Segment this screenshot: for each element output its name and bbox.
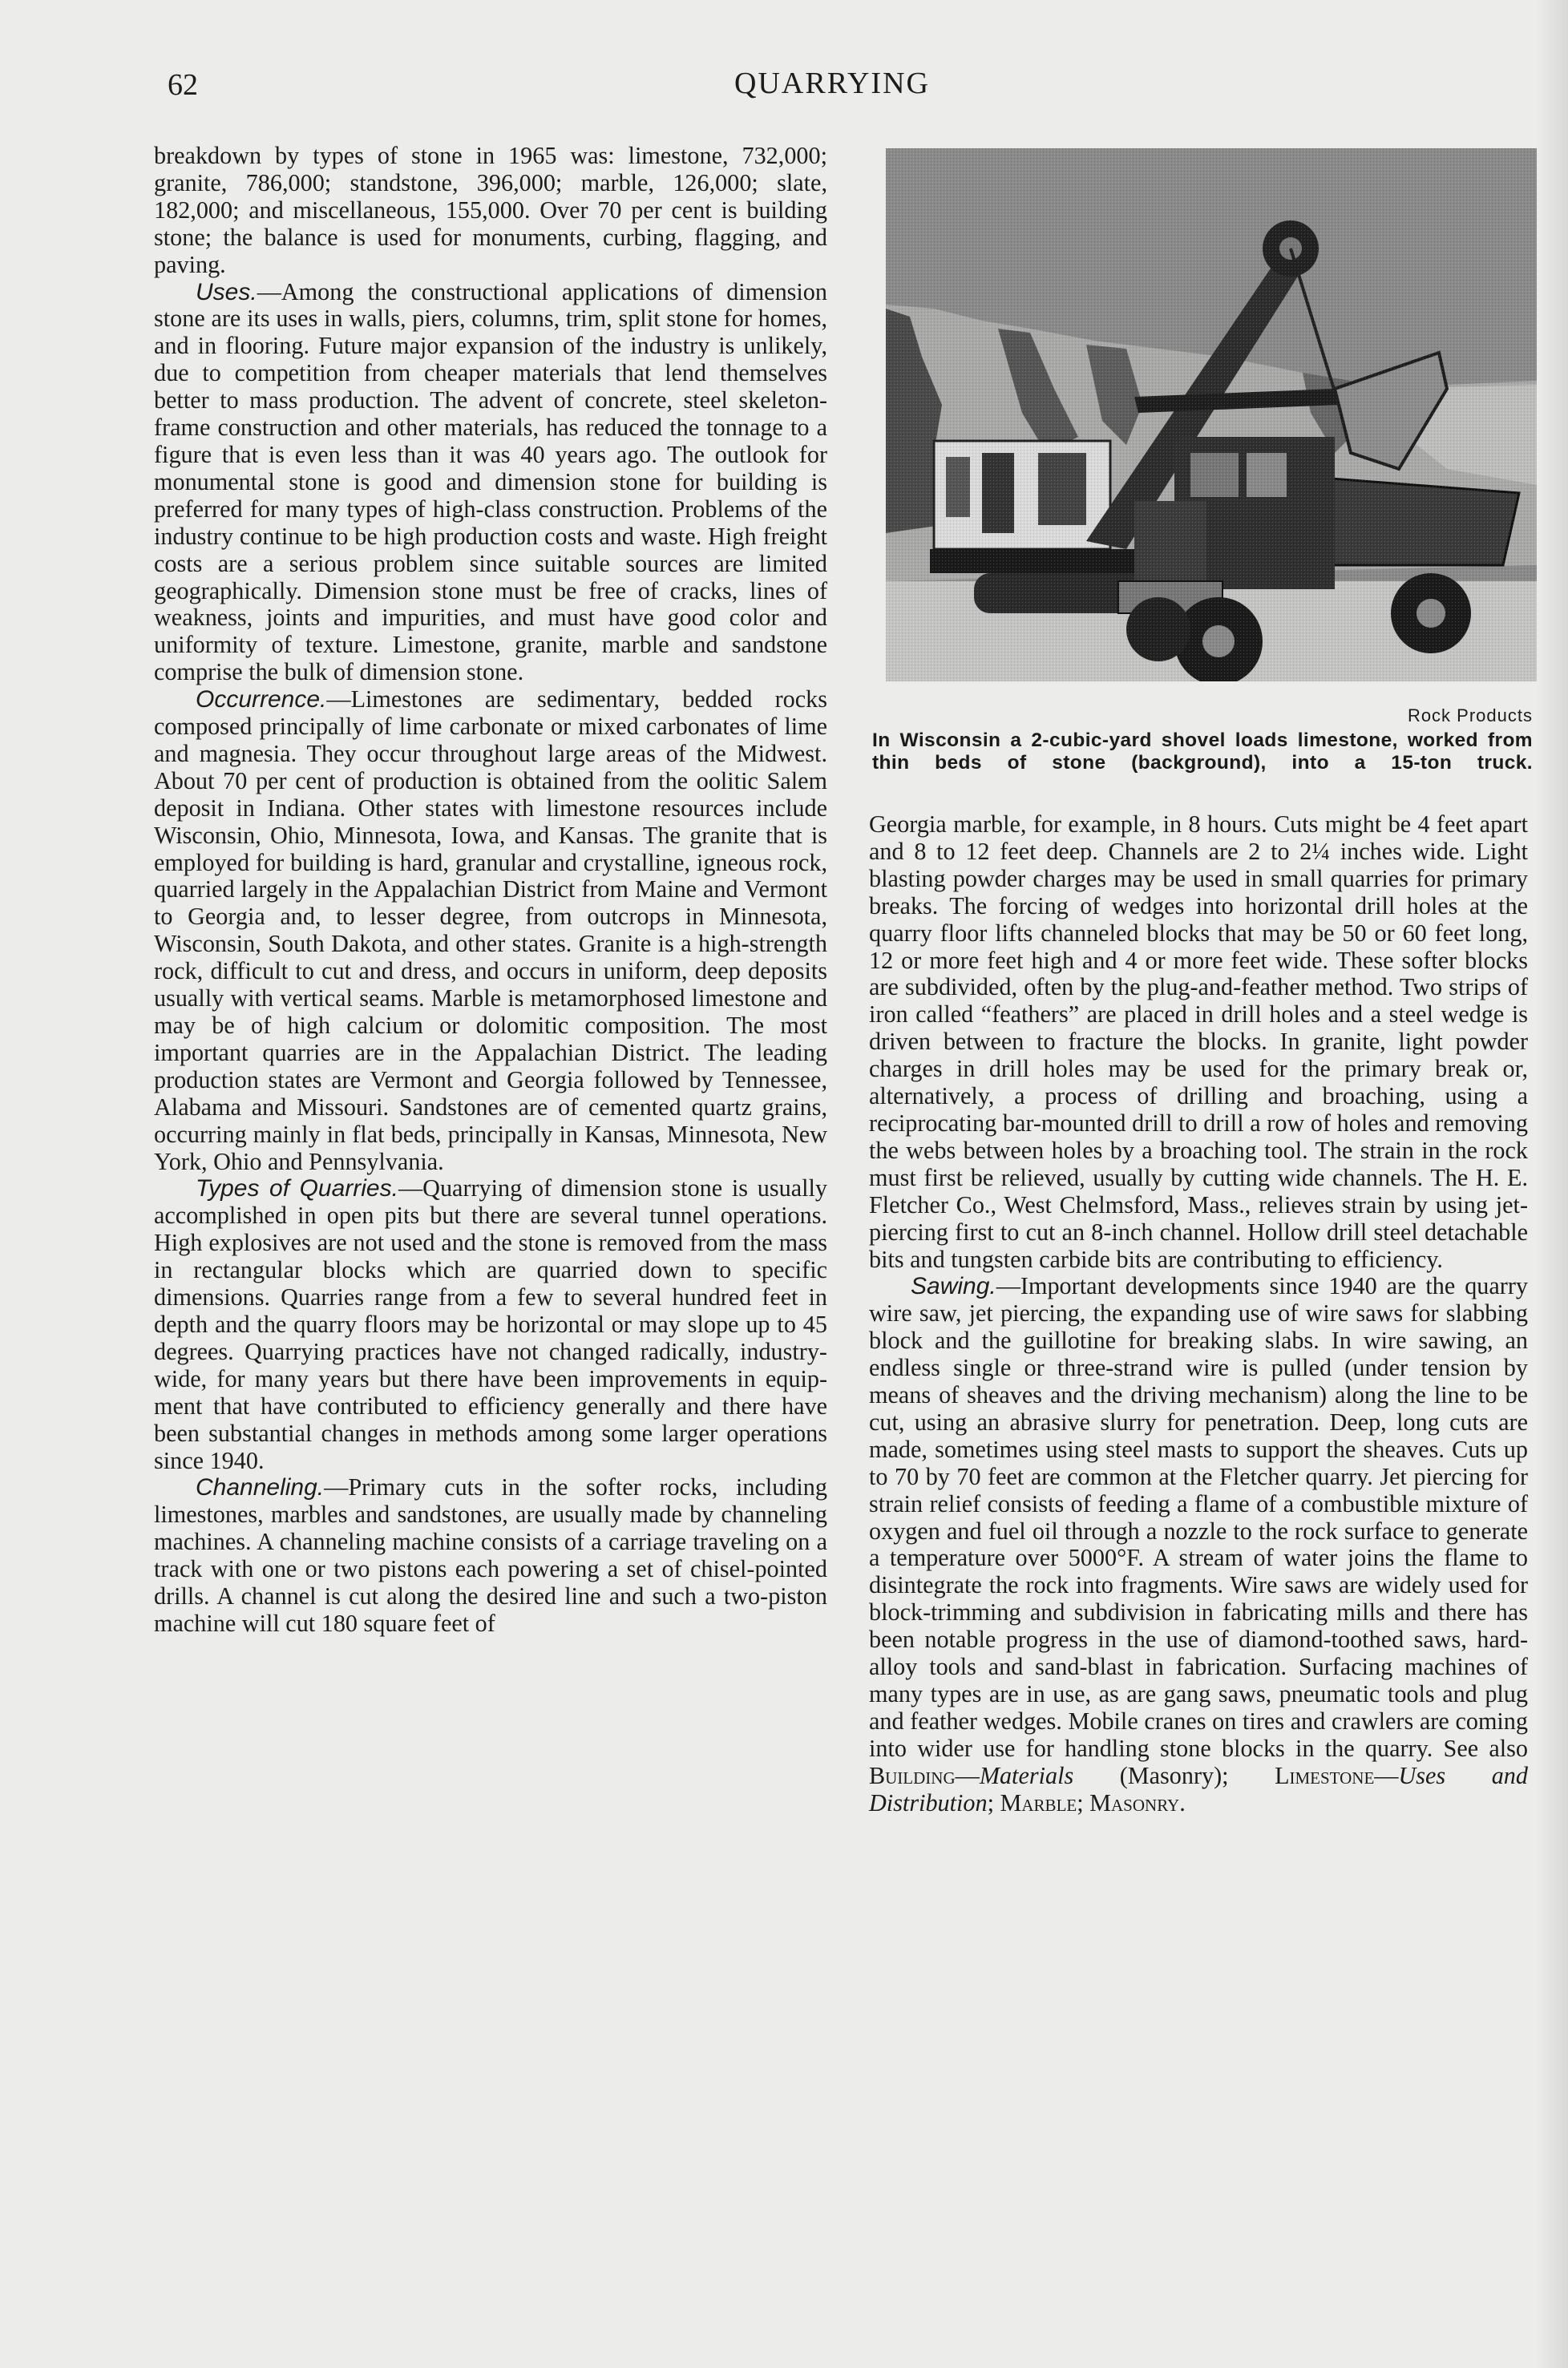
- page-edge-shadow: [1536, 0, 1568, 2368]
- section-text-uses: —Among the constructional applications o…: [154, 278, 827, 686]
- cross-reference-end: .: [1179, 1789, 1186, 1816]
- paragraph-channeling-continued: Georgia marble, for example, in 8 hours.…: [869, 811, 1528, 1273]
- cross-reference-marble[interactable]: Marble: [1000, 1789, 1077, 1816]
- section-text-types-of-quarries: —Quarrying of dimension stone is usually…: [154, 1174, 827, 1473]
- cross-reference-masonry[interactable]: Masonry: [1089, 1789, 1179, 1816]
- quarry-photo: [886, 148, 1537, 681]
- section-heading-occurrence: Occurrence.: [196, 686, 326, 713]
- cross-reference-building[interactable]: Building—Materials: [869, 1762, 1073, 1789]
- photo-credit: Rock Products: [882, 705, 1533, 726]
- cross-reference-separator: (Masonry);: [1073, 1762, 1275, 1789]
- section-heading-types-of-quarries: Types of Quarries.: [196, 1175, 398, 1202]
- cross-reference-separator: ;: [988, 1789, 1000, 1816]
- section-text-sawing: —Important developments since 1940 are t…: [869, 1272, 1528, 1761]
- paragraph-stone-breakdown: breakdown by types of stone in 1965 was:…: [154, 143, 827, 279]
- section-heading-uses: Uses.: [196, 279, 257, 305]
- cross-reference-separator: ;: [1077, 1789, 1089, 1816]
- left-column: breakdown by types of stone in 1965 was:…: [154, 143, 827, 1638]
- section-text-occurrence: —Limestones are sedimentary, bedded rock…: [154, 685, 827, 1174]
- section-channeling: Channeling.—Primary cuts in the softer r…: [154, 1474, 827, 1637]
- running-head: QUARRYING: [0, 66, 1568, 101]
- section-sawing: Sawing.—Important developments since 194…: [869, 1273, 1528, 1816]
- section-heading-sawing: Sawing.: [911, 1273, 996, 1299]
- right-column: Georgia marble, for example, in 8 hours.…: [869, 811, 1528, 1817]
- photo-image-icon: [886, 148, 1537, 681]
- photo-caption: In Wisconsin a 2-cubic-yard shovel loads…: [872, 729, 1533, 774]
- section-uses: Uses.—Among the constructional applicati…: [154, 279, 827, 687]
- section-heading-channeling: Channeling.: [196, 1474, 324, 1501]
- section-occurrence: Occurrence.—Limestones are sedimentary, …: [154, 686, 827, 1175]
- section-types-of-quarries: Types of Quarries.—Quarrying of dimensio…: [154, 1175, 827, 1474]
